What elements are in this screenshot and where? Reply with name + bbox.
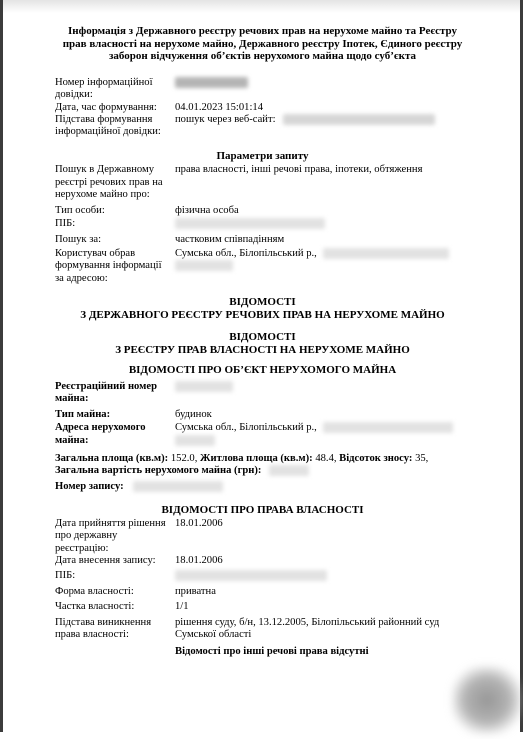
field-property-type: Тип майна: будинок	[55, 409, 470, 421]
ownership-form-label: Форма власності:	[55, 586, 175, 598]
wear-value: 35,	[415, 453, 428, 464]
field-datetime: Дата, час формування: 04.01.2023 15:01:1…	[55, 102, 470, 114]
ownership-register-heading-line1: ВІДОМОСТІ	[55, 331, 470, 344]
basis-value: пошук через веб-сайт:	[175, 114, 470, 139]
datetime-label: Дата, час формування:	[55, 102, 175, 114]
ownership-register-heading: ВІДОМОСТІ З РЕЄСТРУ ПРАВ ВЛАСНОСТІ НА НЕ…	[55, 331, 470, 356]
entry-date-value: 18.01.2006	[175, 555, 470, 567]
document-content: Інформація з Державного реєстру речових …	[55, 25, 470, 658]
field-ownership-share: Частка власності: 1/1	[55, 601, 470, 613]
area-total-value: 152.0,	[171, 453, 197, 464]
name-label: ПІБ:	[55, 218, 175, 230]
info-number-value	[175, 77, 470, 102]
owner-name-value	[175, 570, 470, 582]
redacted-info-number	[175, 77, 248, 88]
ownership-share-value: 1/1	[175, 601, 470, 613]
field-name: ПІБ:	[55, 218, 470, 230]
ownership-basis-label: Підстава виникнення права власності:	[55, 617, 175, 642]
property-address-line1: Сумська обл., Білопільський р.,	[175, 422, 470, 434]
redacted-property-address-2	[175, 435, 215, 446]
redacted-name	[175, 218, 325, 229]
redacted-cost	[269, 465, 309, 476]
search-scope-value: права власності, інші речові права, іпот…	[175, 164, 470, 201]
field-search-address: Користувач обрав формування інформації з…	[55, 248, 470, 285]
search-address-value: Сумська обл., Білопільський р.,	[175, 248, 470, 285]
search-address-text: Сумська обл., Білопільський р.,	[175, 248, 317, 259]
property-address-label: Адреса нерухомого майна:	[55, 422, 175, 447]
other-rights-note: Відомості про інші речові права відсутні	[175, 646, 470, 658]
basis-value-text: пошук через веб-сайт:	[175, 114, 276, 125]
field-person-type: Тип особи: фізична особа	[55, 205, 470, 217]
search-scope-label: Пошук в Державному реєстрі речових прав …	[55, 164, 175, 201]
area-living-value: 48.4,	[315, 453, 336, 464]
field-reg-number: Реєстраційний номер майна:	[55, 381, 470, 406]
datetime-value: 04.01.2023 15:01:14	[175, 102, 470, 114]
field-info-number: Номер інформаційної довідки:	[55, 77, 470, 102]
redacted-owner-name	[175, 570, 327, 581]
person-type-value: фізична особа	[175, 205, 470, 217]
basis-label: Підстава формування інформаційної довідк…	[55, 114, 175, 139]
search-address-label: Користувач обрав формування інформації з…	[55, 248, 175, 285]
property-address-line2	[175, 435, 470, 447]
area-total-label: Загальна площа (кв.м):	[55, 453, 168, 464]
page-top-shadow	[3, 0, 520, 13]
reg-number-label: Реєстраційний номер майна:	[55, 381, 175, 406]
page-left-edge	[0, 0, 3, 732]
search-address-line1: Сумська обл., Білопільський р.,	[175, 248, 470, 260]
query-params-heading: Параметри запиту	[55, 150, 470, 163]
field-search-scope: Пошук в Державному реєстрі речових прав …	[55, 164, 470, 201]
decision-date-label: Дата прийняття рішення про державну реєс…	[55, 518, 175, 555]
person-type-label: Тип особи:	[55, 205, 175, 217]
field-ownership-basis: Підстава виникнення права власності: ріш…	[55, 617, 470, 642]
match-label: Пошук за:	[55, 234, 175, 246]
field-basis: Підстава формування інформаційної довідк…	[55, 114, 470, 139]
info-number-label: Номер інформаційної довідки:	[55, 77, 175, 102]
field-match: Пошук за: частковим співпадінням	[55, 234, 470, 246]
redacted-address-2	[175, 260, 233, 271]
property-type-value: будинок	[175, 409, 470, 421]
wear-label: Відсоток зносу:	[339, 453, 412, 464]
area-living-label: Житлова площа (кв.м):	[200, 453, 313, 464]
state-register-heading-line1: ВІДОМОСТІ	[55, 296, 470, 309]
redacted-website	[283, 114, 435, 125]
field-entry-date: Дата внесення запису: 18.01.2006	[55, 555, 470, 567]
state-register-heading: ВІДОМОСТІ З ДЕРЖАВНОГО РЕЄСТРУ РЕЧОВИХ П…	[55, 296, 470, 321]
object-heading: ВІДОМОСТІ ПРО ОБ’ЄКТ НЕРУХОМОГО МАЙНА	[55, 364, 470, 377]
search-address-line2	[175, 260, 470, 272]
area-summary: Загальна площа (кв.м): 152.0, Житлова пл…	[55, 453, 470, 478]
field-decision-date: Дата прийняття рішення про державну реєс…	[55, 518, 470, 555]
reg-number-value	[175, 381, 470, 406]
redacted-property-address-1	[323, 422, 453, 433]
document-page: Інформація з Державного реєстру речових …	[0, 0, 523, 739]
property-address-value: Сумська обл., Білопільський р.,	[175, 422, 470, 447]
redacted-reg-number	[175, 381, 233, 392]
state-register-heading-line2: З ДЕРЖАВНОГО РЕЄСТРУ РЕЧОВИХ ПРАВ НА НЕР…	[55, 309, 470, 322]
match-value: частковим співпадінням	[175, 234, 470, 246]
document-title: Інформація з Державного реєстру речових …	[55, 25, 470, 63]
redacted-address-1	[323, 248, 449, 259]
redacted-record-number	[133, 481, 223, 492]
record-number-value	[175, 481, 470, 493]
cost-label: Загальна вартість нерухомого майна (грн)…	[55, 465, 261, 476]
ownership-basis-value: рішення суду, б/н, 13.12.2005, Білопільс…	[175, 617, 470, 642]
name-value	[175, 218, 470, 230]
ownership-heading: ВІДОМОСТІ ПРО ПРАВА ВЛАСНОСТІ	[55, 504, 470, 517]
property-address-text: Сумська обл., Білопільський р.,	[175, 422, 317, 433]
field-ownership-form: Форма власності: приватна	[55, 586, 470, 598]
field-property-address: Адреса нерухомого майна: Сумська обл., Б…	[55, 422, 470, 447]
field-record-number: Номер запису:	[55, 481, 470, 493]
decision-date-value: 18.01.2006	[175, 518, 470, 555]
entry-date-label: Дата внесення запису:	[55, 555, 175, 567]
ownership-share-label: Частка власності:	[55, 601, 175, 613]
redacted-stamp-blur	[452, 666, 522, 734]
owner-name-label: ПІБ:	[55, 570, 175, 582]
field-owner-name: ПІБ:	[55, 570, 470, 582]
ownership-register-heading-line2: З РЕЄСТРУ ПРАВ ВЛАСНОСТІ НА НЕРУХОМЕ МАЙ…	[55, 344, 470, 357]
ownership-form-value: приватна	[175, 586, 470, 598]
property-type-label: Тип майна:	[55, 409, 175, 421]
